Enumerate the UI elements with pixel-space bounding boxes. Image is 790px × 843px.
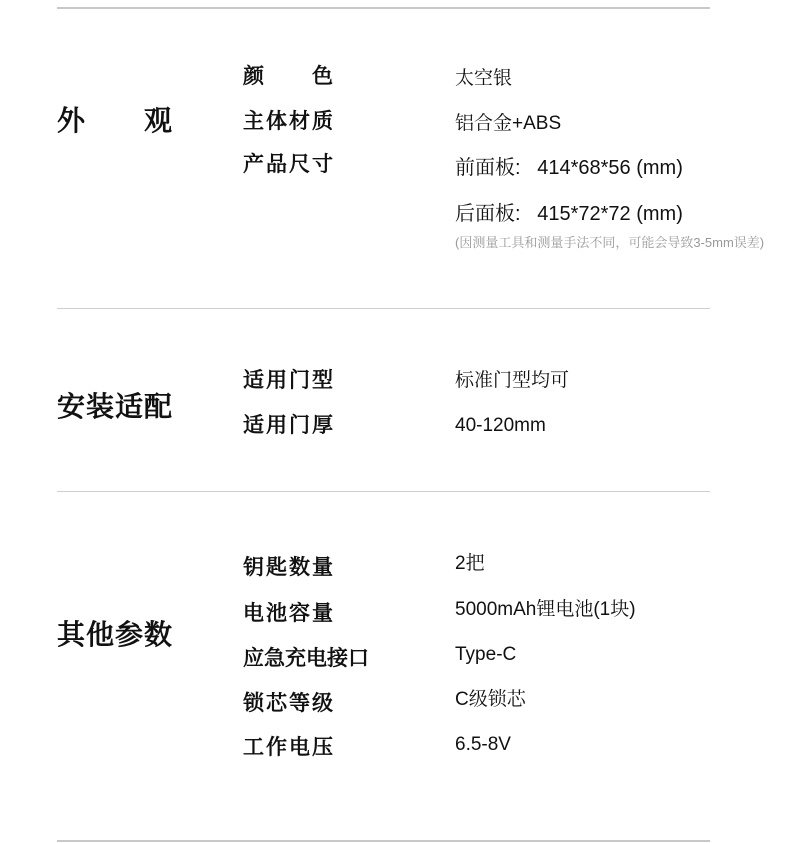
spec-value-door-thickness: 40-120mm [455, 411, 546, 441]
divider [57, 7, 710, 9]
spec-value-material: 铝合金+ABS [455, 109, 561, 139]
spec-label-dimensions: 产品尺寸 [243, 150, 333, 180]
spec-value-key-count: 2把 [455, 549, 485, 579]
divider [57, 308, 710, 309]
spec-value-front-panel: 前面板: 414*68*56 (mm) [455, 153, 683, 183]
spec-value-color: 太空银 [455, 64, 512, 94]
spec-label-key-count: 钥匙数量 [243, 553, 333, 583]
section-title-appearance: 外观 [57, 104, 172, 138]
spec-label-door-type: 适用门型 [243, 366, 333, 396]
spec-value-battery-capacity: 5000mAh锂电池(1块) [455, 595, 636, 625]
spec-label-material: 主体材质 [243, 107, 333, 137]
spec-note-measurement-tolerance: (因测量工具和测量手法不同，可能会导致3-5mm误差) [455, 233, 764, 253]
divider [57, 491, 710, 492]
spec-value-emergency-charging-port: Type-C [455, 640, 516, 670]
spec-label-emergency-charging-port: 应急充电接口 [243, 644, 369, 674]
spec-value-working-voltage: 6.5-8V [455, 730, 511, 760]
spec-value-door-type: 标准门型均可 [455, 366, 569, 396]
spec-value-rear-panel: 后面板: 415*72*72 (mm) [455, 199, 683, 229]
product-spec-sheet: 外观 颜色 太空银 主体材质 铝合金+ABS 产品尺寸 前面板: 414*68*… [0, 0, 790, 843]
spec-label-working-voltage: 工作电压 [243, 733, 333, 763]
spec-value-lock-cylinder-grade: C级锁芯 [455, 685, 526, 715]
divider [57, 840, 710, 842]
section-title-other-params: 其他参数 [57, 618, 172, 652]
spec-label-lock-cylinder-grade: 锁芯等级 [243, 689, 333, 719]
spec-label-color: 颜色 [243, 62, 333, 92]
spec-label-door-thickness: 适用门厚 [243, 411, 333, 441]
section-title-installation: 安装适配 [57, 390, 172, 424]
spec-label-battery-capacity: 电池容量 [243, 599, 333, 629]
